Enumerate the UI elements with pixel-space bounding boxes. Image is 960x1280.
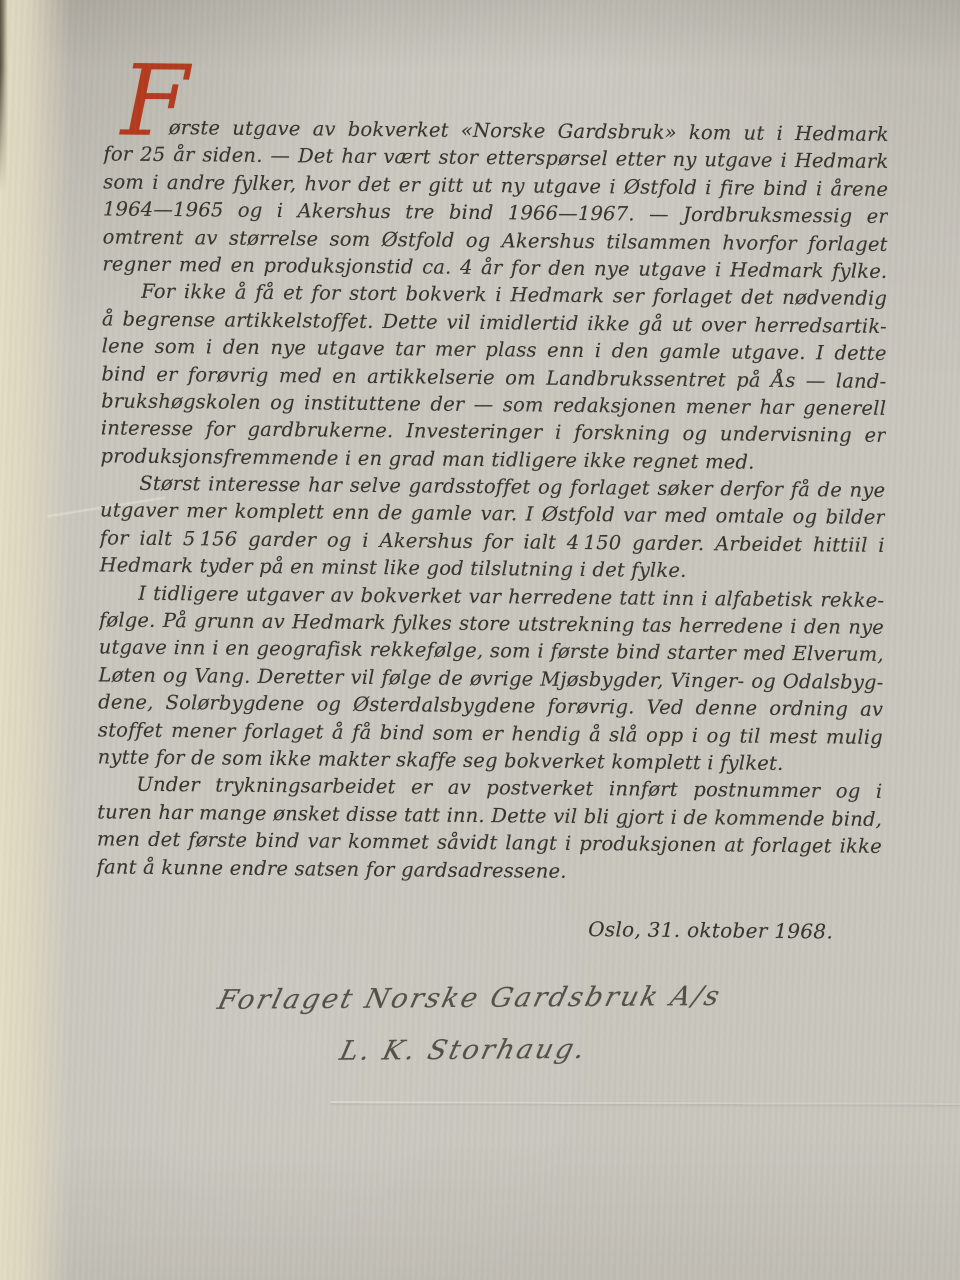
signature-company: Forlaget Norske Gardsbruk A/s [215, 981, 725, 1016]
paragraph: ørste utgave av bokverket «Norske Gardsb… [102, 113, 889, 285]
signature-name: L. K. Storhaug. [337, 1034, 591, 1067]
page-content: F ørste utgave av bokverket «Norske Gard… [0, 0, 960, 1280]
paragraph: Under trykningsarbeidet er av postverket… [97, 771, 883, 888]
book-page-photo: F ørste utgave av bokverket «Norske Gard… [0, 0, 960, 1280]
preface-text: ørste utgave av bokverket «Norske Gardsb… [97, 113, 889, 887]
dateline: Oslo, 31. oktober 1968. [96, 912, 881, 944]
paragraph: Størst interesse har selve gardsstoffet … [99, 469, 885, 586]
paragraph: For ikke å få et for stort bokverk i Hed… [100, 278, 887, 477]
paragraph: I tidligere utgaver av bokverket var her… [98, 579, 885, 778]
